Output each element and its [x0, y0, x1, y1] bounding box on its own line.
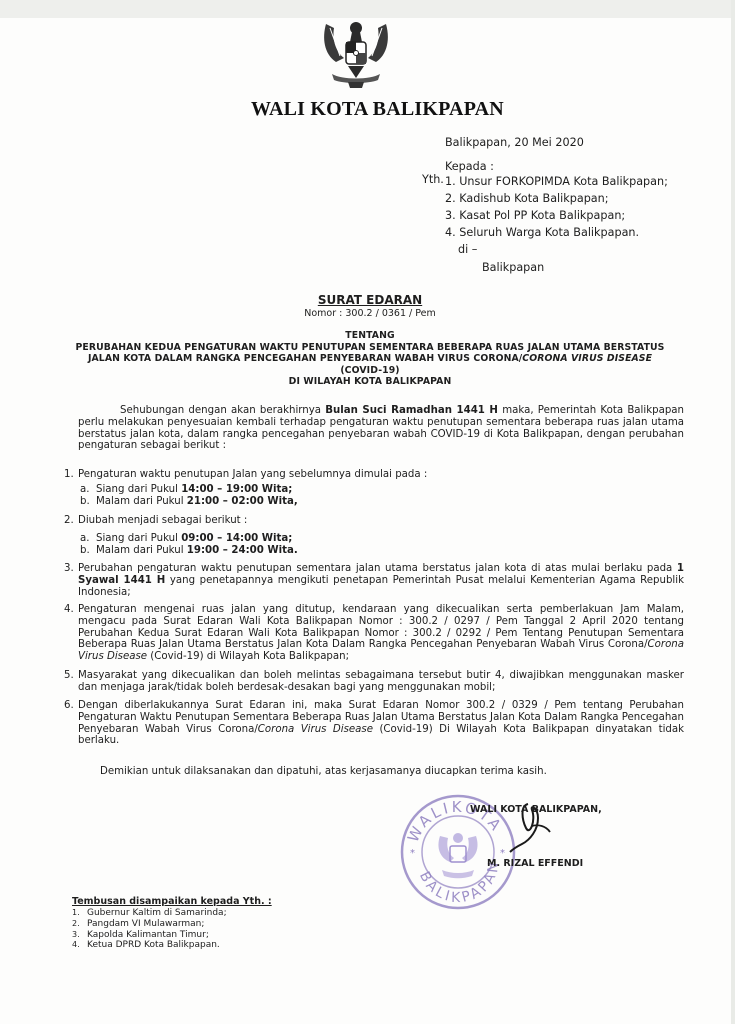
place-date: Balikpapan, 20 Mei 2020 [445, 136, 584, 150]
item-number: 2. [64, 515, 74, 527]
sub-text: Siang dari Pukul [96, 484, 181, 495]
circular-title: SURAT EDARAN [60, 293, 680, 307]
subject-line: (COVID-19) [60, 365, 680, 377]
copy-text: Gubernur Kaltim di Samarinda; [87, 908, 227, 918]
svg-text:*: * [410, 848, 415, 859]
recipient-list: 1. Unsur FORKOPIMDA Kota Balikpapan; 2. … [445, 173, 668, 241]
intro-bold: Bulan Suci Ramadhan 1441 H [325, 405, 498, 416]
recipient-item: 3. Kasat Pol PP Kota Balikpapan; [445, 207, 668, 224]
sub-bold: 14:00 – 19:00 Wita; [181, 484, 292, 495]
sub-bold: 21:00 – 02:00 Wita, [187, 496, 298, 507]
list-item: 4. Pengaturan mengenai ruas jalan yang d… [64, 604, 684, 663]
sub-item: a.Siang dari Pukul 09:00 – 14:00 Wita; [96, 533, 684, 545]
item-text: Perubahan pengaturan waktu penutupan sem… [78, 563, 684, 598]
signatory-title: WALI KOTA BALIKPAPAN, [470, 804, 602, 815]
item-text: Pengaturan mengenai ruas jalan yang ditu… [78, 604, 684, 663]
closing-statement: Demikian untuk dilaksanakan dan dipatuhi… [100, 766, 547, 777]
sub-item: b.Malam dari Pukul 21:00 – 02:00 Wita, [96, 496, 684, 508]
kepada-label: Kepada : [445, 160, 494, 174]
copy-item: 2.Pangdam VI Mulawarman; [72, 919, 227, 930]
item-text-part: Pengaturan mengenai ruas jalan yang ditu… [78, 604, 684, 650]
sub-label: b. [80, 496, 90, 508]
copies-title: Tembusan disampaikan kepada Yth. : [72, 896, 272, 907]
item-text: Pengaturan waktu penutupan Jalan yang se… [78, 469, 684, 481]
sub-bold: 19:00 – 24:00 Wita. [187, 545, 298, 556]
list-item: 6. Dengan diberlakukannya Surat Edaran i… [64, 700, 684, 747]
list-item: 3. Perubahan pengaturan waktu penutupan … [64, 563, 684, 598]
item-number: 1. [64, 469, 74, 481]
copy-text: Ketua DPRD Kota Balikpapan. [87, 940, 220, 950]
sub-text: Malam dari Pukul [96, 496, 187, 507]
item-text-part: (Covid-19) di Wilayah Kota Balikpapan; [147, 651, 349, 662]
copy-number: 1. [72, 908, 87, 919]
sub-text: Malam dari Pukul [96, 545, 187, 556]
item-text: Dengan diberlakukannya Surat Edaran ini,… [78, 700, 684, 747]
item-number: 5. [64, 670, 74, 682]
list-item: 2. Diubah menjadi sebagai berikut : a.Si… [64, 515, 684, 556]
circular-number: Nomor : 300.2 / 0361 / Pem [60, 308, 680, 319]
recipient-item: 4. Seluruh Warga Kota Balikpapan. [445, 224, 668, 241]
copy-text: Pangdam VI Mulawarman; [87, 919, 204, 929]
list-item: 1. Pengaturan waktu penutupan Jalan yang… [64, 469, 684, 507]
copy-item: 1.Gubernur Kaltim di Samarinda; [72, 908, 227, 919]
about-label: TENTANG [60, 330, 680, 342]
subject-line: JALAN KOTA DALAM RANGKA PENCEGAHAN PENYE… [60, 353, 680, 365]
copy-item: 4.Ketua DPRD Kota Balikpapan. [72, 940, 227, 951]
copy-number: 2. [72, 919, 87, 930]
copies-list: 1.Gubernur Kaltim di Samarinda; 2.Pangda… [72, 908, 227, 951]
copy-number: 3. [72, 930, 87, 941]
sub-bold: 09:00 – 14:00 Wita; [181, 533, 292, 544]
item-number: 3. [64, 563, 74, 575]
sub-item: a.Siang dari Pukul 14:00 – 19:00 Wita; [96, 484, 684, 496]
sub-label: a. [80, 484, 89, 496]
item-text-part: yang penetapannya mengikuti penetapan Pe… [78, 575, 684, 598]
subject-line: PERUBAHAN KEDUA PENGATURAN WAKTU PENUTUP… [60, 342, 680, 354]
di-label: di – [458, 243, 477, 257]
circular-subject: TENTANG PERUBAHAN KEDUA PENGATURAN WAKTU… [60, 330, 680, 388]
sub-label: a. [80, 533, 89, 545]
letterhead-title: WALI KOTA BALIKPAPAN [251, 98, 504, 121]
item-text: Masyarakat yang dikecualikan dan boleh m… [78, 670, 684, 694]
item-text: Diubah menjadi sebagai berikut : [78, 515, 684, 527]
page-edge [731, 0, 735, 1024]
sub-text: Siang dari Pukul [96, 533, 181, 544]
item-number: 4. [64, 604, 74, 616]
signatory-name: M. RIZAL EFFENDI [487, 858, 583, 869]
yth-label: Yth. [422, 173, 444, 187]
item-italic: Corona Virus Disease [258, 724, 373, 735]
copy-text: Kapolda Kalimantan Timur; [87, 930, 209, 940]
copy-item: 3.Kapolda Kalimantan Timur; [72, 930, 227, 941]
copy-number: 4. [72, 940, 87, 951]
subject-text: JALAN KOTA DALAM RANGKA PENCEGAHAN PENYE… [88, 353, 522, 364]
intro-text: Sehubungan dengan akan berakhirnya [120, 405, 325, 416]
subject-line: DI WILAYAH KOTA BALIKPAPAN [60, 376, 680, 388]
garuda-emblem-icon [318, 18, 394, 90]
recipient-item: 1. Unsur FORKOPIMDA Kota Balikpapan; [445, 173, 668, 190]
subject-italic: CORONA VIRUS DISEASE [522, 353, 652, 364]
item-number: 6. [64, 700, 74, 712]
sub-item: b.Malam dari Pukul 19:00 – 24:00 Wita. [96, 545, 684, 557]
item-text-part: Perubahan pengaturan waktu penutupan sem… [78, 563, 677, 574]
sub-label: b. [80, 545, 90, 557]
list-item: 5. Masyarakat yang dikecualikan dan bole… [64, 670, 684, 694]
recipient-item: 2. Kadishub Kota Balikpapan; [445, 190, 668, 207]
destination: Balikpapan [482, 261, 544, 275]
intro-paragraph: Sehubungan dengan akan berakhirnya Bulan… [78, 405, 684, 452]
